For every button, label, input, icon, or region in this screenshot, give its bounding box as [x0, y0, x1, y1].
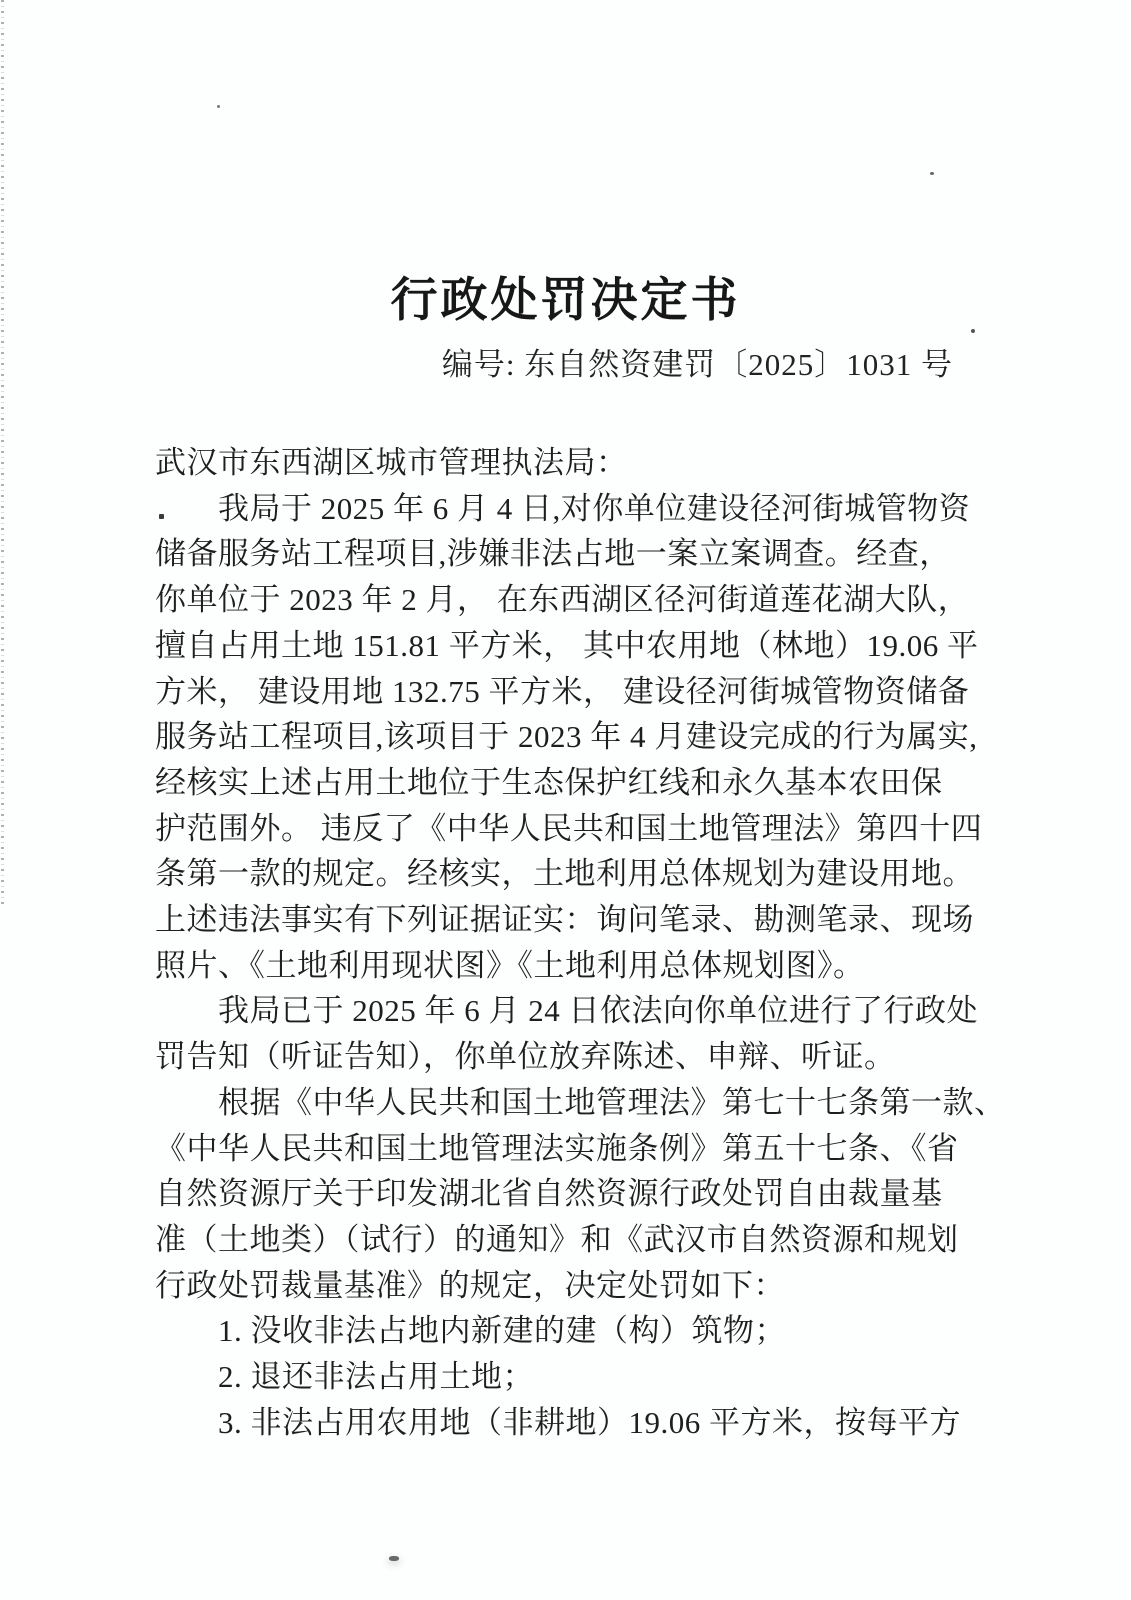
document-line: 擅自占用土地 151.81 平方米， 其中农用地（林地）19.06 平	[155, 623, 987, 669]
scan-speck	[217, 105, 220, 108]
document-line: 护范围外。 违反了《中华人民共和国土地管理法》第四十四	[155, 806, 987, 852]
document-title: 行政处罚决定书	[0, 263, 1131, 330]
document-line: 《中华人民共和国土地管理法实施条例》第五十七条、《省	[155, 1126, 987, 1172]
document-line: 我局已于 2025 年 6 月 24 日依法向你单位进行了行政处	[155, 988, 987, 1034]
document-line: 方米， 建设用地 132.75 平方米， 建设径河街城管物资储备	[155, 669, 987, 715]
document-line: 3. 非法占用农用地（非耕地）19.06 平方米，按每平方	[155, 1400, 987, 1446]
document-line: 根据《中华人民共和国土地管理法》第七十七条第一款、	[155, 1080, 987, 1126]
document-line: 1. 没收非法占地内新建的建（构）筑物；	[155, 1308, 987, 1354]
document-line: 上述违法事实有下列证据证实：询问笔录、勘测笔录、现场	[155, 897, 987, 943]
document-line: 服务站工程项目,该项目于 2023 年 4 月建设完成的行为属实,	[155, 714, 987, 760]
document-body: 武汉市东西湖区城市管理执法局：我局于 2025 年 6 月 4 日,对你单位建设…	[155, 440, 987, 1445]
document-line: 2. 退还非法占用土地；	[155, 1354, 987, 1400]
document-number: 编号: 东自然资建罚〔2025〕1031 号	[442, 339, 953, 384]
document-line: 准（土地类）（试行）的通知》和《武汉市自然资源和规划	[155, 1217, 987, 1263]
document-line: 经核实上述占用土地位于生态保护红线和永久基本农田保	[155, 760, 987, 806]
document-line: 照片、《土地利用现状图》《土地利用总体规划图》。	[155, 943, 987, 989]
scan-speck	[389, 1556, 399, 1561]
document-line: 武汉市东西湖区城市管理执法局：	[155, 440, 987, 486]
document-line: 储备服务站工程项目,涉嫌非法占地一案立案调查。经查，	[155, 531, 987, 577]
document-line: 行政处罚裁量基准》的规定，决定处罚如下：	[155, 1263, 987, 1309]
document-line: 自然资源厅关于印发湖北省自然资源行政处罚自由裁量基	[155, 1171, 987, 1217]
scan-speck	[930, 172, 934, 175]
penalty-decision-document: 行政处罚决定书 编号: 东自然资建罚〔2025〕1031 号 武汉市东西湖区城市…	[0, 0, 1131, 1600]
document-line: 我局于 2025 年 6 月 4 日,对你单位建设径河街城管物资	[155, 486, 987, 532]
scan-edge-artifact	[1, 0, 4, 908]
document-line: 条第一款的规定。经核实，土地利用总体规划为建设用地。	[155, 851, 987, 897]
document-line: 罚告知（听证告知），你单位放弃陈述、申辩、听证。	[155, 1034, 987, 1080]
document-line: 你单位于 2023 年 2 月， 在东西湖区径河街道莲花湖大队，	[155, 577, 987, 623]
